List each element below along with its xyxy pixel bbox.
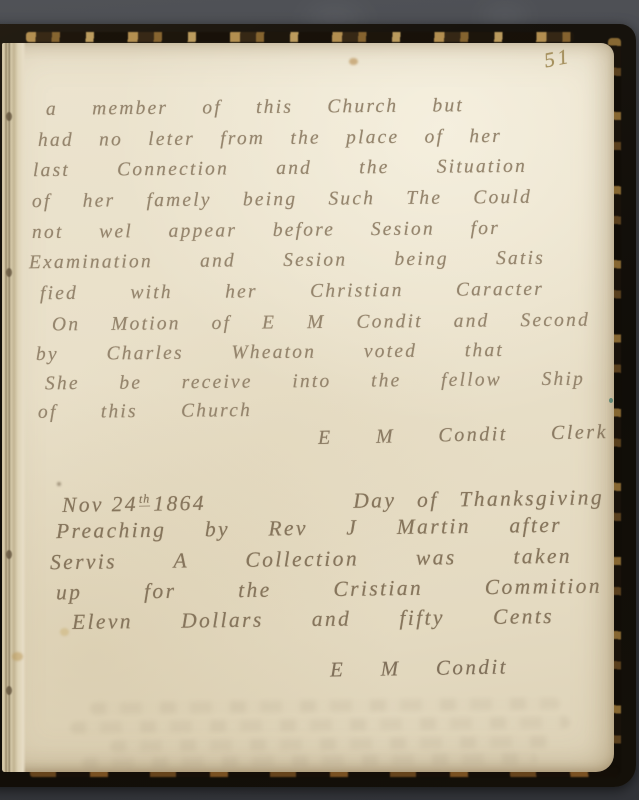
date-year: 1864 xyxy=(153,491,206,516)
manuscript-line: On Motion of E M Condit and Second xyxy=(52,307,590,339)
signature: E M Condit xyxy=(330,653,508,682)
edge-speck xyxy=(609,398,613,403)
page-stack-gutter-edge xyxy=(2,43,26,772)
manuscript-line: of her famely being Such The Could xyxy=(32,184,532,215)
date-occasion: Day of Thanksgiving xyxy=(353,483,604,514)
manuscript-line: Examination and Sesion being Satis xyxy=(29,245,545,277)
binding-stitch xyxy=(6,268,12,277)
foxing-spot xyxy=(60,628,69,636)
date-group: Nov 24th1864 xyxy=(62,484,206,519)
pencil-speck xyxy=(57,482,61,486)
manuscript-line: Elevn Dollars and fifty Cents xyxy=(72,602,554,636)
manuscript-line: a member of this Church but xyxy=(46,92,464,123)
manuscript-line: fied with her Christian Caracter xyxy=(40,276,544,307)
foxing-spot xyxy=(349,58,358,65)
manuscript-line: She be receive into the fellow Ship xyxy=(45,366,585,398)
binding-stitch xyxy=(6,550,12,559)
date-day: Nov 24 xyxy=(62,492,138,517)
binding-stitch xyxy=(6,112,12,121)
manuscript-line: had no leter from the place of her xyxy=(38,123,502,154)
foxing-spot xyxy=(12,652,23,661)
manuscript-line: not wel appear before Sesion for xyxy=(32,215,500,246)
binding-stitch xyxy=(6,686,12,695)
manuscript-line: by Charles Wheaton voted that xyxy=(36,337,504,368)
ledger-photo: 51 a member of this Church buthad no let… xyxy=(0,0,639,800)
manuscript-line: of this Church xyxy=(38,397,252,426)
page-number: 51 xyxy=(542,44,573,73)
manuscript-line: last Connection and the Situation xyxy=(33,153,527,184)
date-ordinal: th xyxy=(139,492,151,507)
cover-worn-gilt-edge-top xyxy=(26,32,574,42)
